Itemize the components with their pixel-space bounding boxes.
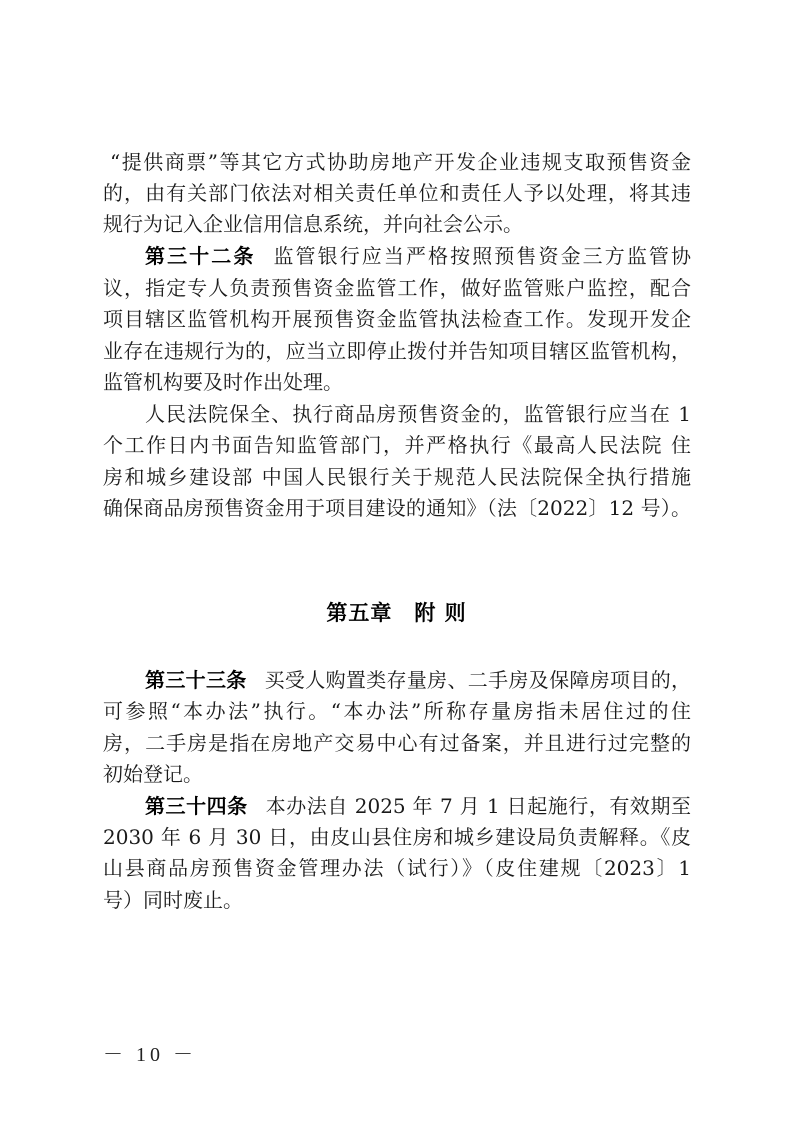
paragraph-line: 议，指定专人负责预售资金监管工作，做好监管账户监控，配合 [103,274,691,302]
paragraph-line: 号）同时废止。 [103,886,691,914]
chapter-number: 第五章 [326,601,392,625]
chapter-heading: 第五章附 则 [0,597,793,627]
article-33-title: 第三十三条 [145,668,247,692]
paragraph-line: 项目辖区监管机构开展预售资金监管执法检查工作。发现开发企 [103,305,691,333]
paragraph-line: 个工作日内书面告知监管部门，并严格执行《最高人民法院 住 [103,431,691,459]
paragraph-line: 山县商品房预售资金管理办法（试行）》（皮住建规〔2023〕1 [103,854,691,882]
article-32-first-line: 第三十二条监管银行应当严格按照预售资金三方监管协 [145,242,691,270]
document-page: “提供商票”等其它方式协助房地产开发企业违规支取预售资金 的，由有关部门依法对相… [0,0,793,1122]
paragraph-line: 确保商品房预售资金用于项目建设的通知》（法〔2022〕12 号）。 [103,494,691,522]
paragraph-line: 2030 年 6 月 30 日，由皮山县住房和城乡建设局负责解释。《皮 [103,823,691,851]
paragraph-line: 初始登记。 [103,760,691,788]
paragraph-text: 本办法自 2025 年 7 月 1 日起施行，有效期至 [266,794,691,818]
paragraph-line: 可参照“本办法”执行。“本办法”所称存量房指未居住过的住 [103,697,691,725]
paragraph-line: 的，由有关部门依法对相关责任单位和责任人予以处理，将其违 [103,179,691,207]
article-32-title: 第三十二条 [145,244,255,268]
paragraph-text: 买受人购置类存量房、二手房及保障房项目的， [265,668,691,692]
article-34-first-line: 第三十四条本办法自 2025 年 7 月 1 日起施行，有效期至 [145,792,691,820]
paragraph-text: 监管银行应当严格按照预售资金三方监管协 [273,244,691,268]
article-34-title: 第三十四条 [145,794,248,818]
paragraph-line: 业存在违规行为的，应当立即停止拨付并告知项目辖区监管机构， [103,337,691,365]
paragraph-line: 规行为记入企业信用信息系统，并向社会公示。 [103,210,691,238]
page-number: － 10 － [103,1038,197,1067]
paragraph-line: 房，二手房是指在房地产交易中心有过备案，并且进行过完整的 [103,729,691,757]
paragraph-line: 房和城乡建设部 中国人民银行关于规范人民法院保全执行措施 [103,463,691,491]
article-33-first-line: 第三十三条买受人购置类存量房、二手房及保障房项目的， [145,666,691,694]
paragraph-line: 监管机构要及时作出处理。 [103,368,691,396]
paragraph-line: “提供商票”等其它方式协助房地产开发企业违规支取预售资金 [110,148,691,176]
chapter-name: 附 则 [414,601,466,625]
paragraph-line: 人民法院保全、执行商品房预售资金的，监管银行应当在 1 [145,400,691,428]
